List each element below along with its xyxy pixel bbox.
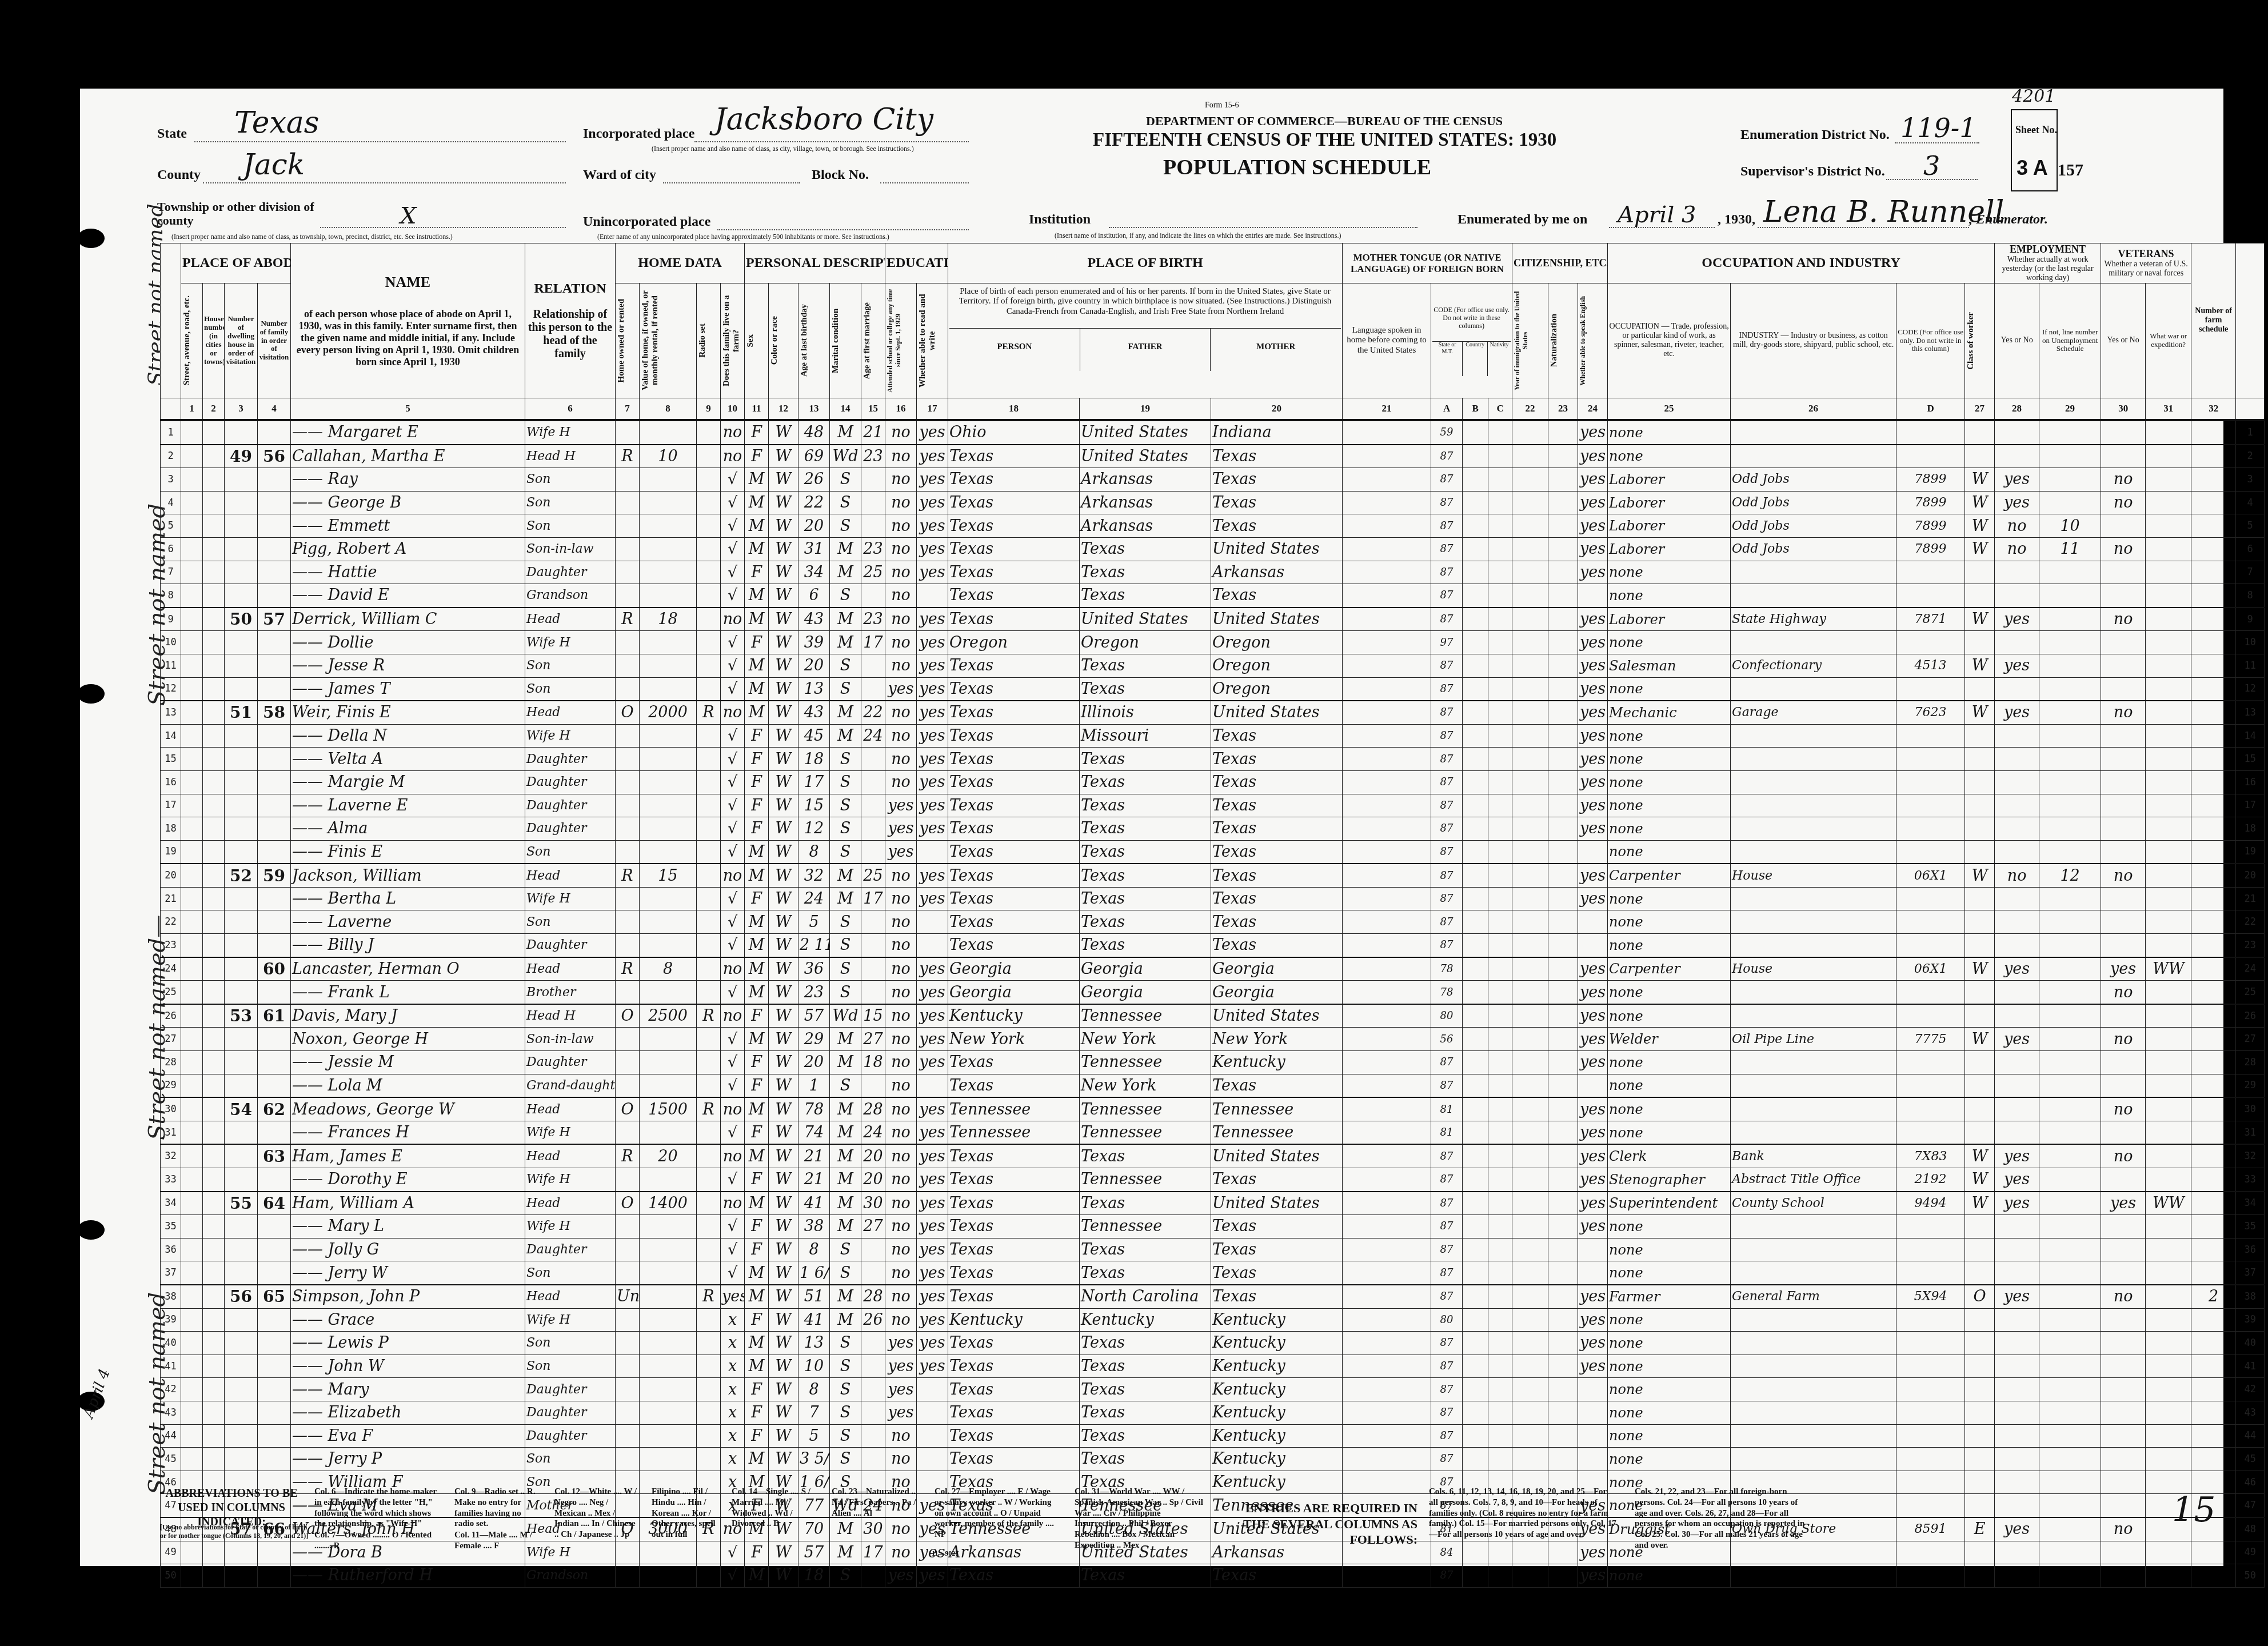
read-write-cell: yes bbox=[917, 1168, 948, 1192]
farm-cell: √ bbox=[721, 584, 745, 608]
class-of-worker-cell: W bbox=[1965, 491, 1995, 514]
naturalization-cell bbox=[1548, 957, 1578, 981]
birthplace-person-cell: Texas bbox=[948, 1448, 1080, 1471]
birthplace-father-cell: Texas bbox=[1080, 1424, 1211, 1448]
line-number-right: 7 bbox=[2236, 561, 2265, 584]
age-cell: 6 bbox=[798, 584, 830, 608]
occupation-cell: none bbox=[1608, 794, 1731, 817]
relation-cell: Head bbox=[525, 1097, 616, 1121]
family-number-cell bbox=[258, 1355, 291, 1378]
column-number: 30 bbox=[2101, 398, 2146, 421]
code-b-cell bbox=[1463, 1378, 1488, 1401]
war-cell bbox=[2146, 608, 2191, 631]
marital-cell: M bbox=[830, 1097, 861, 1121]
age-cell: 20 bbox=[798, 1051, 830, 1074]
language-cell bbox=[1343, 794, 1431, 817]
radio-cell bbox=[697, 748, 721, 771]
street-cell bbox=[181, 864, 203, 887]
code-a-cell: 87 bbox=[1431, 724, 1463, 748]
school-cell: yes bbox=[885, 840, 917, 864]
code-a-cell: 87 bbox=[1431, 1168, 1463, 1192]
line-number-right: 31 bbox=[2236, 1121, 2265, 1144]
table-row: 37—— Jerry WSon√MW1 6/12SnoyesTexasTexas… bbox=[161, 1261, 2265, 1285]
language-cell bbox=[1343, 724, 1431, 748]
age-first-marriage-cell: 24 bbox=[861, 1121, 885, 1144]
code-c-cell bbox=[1488, 1004, 1512, 1028]
home-value-cell bbox=[640, 981, 697, 1004]
home-value-cell: 20 bbox=[640, 1144, 697, 1168]
col-owned-header: Home owned or rented bbox=[616, 283, 640, 398]
home-value-cell: 1400 bbox=[640, 1192, 697, 1215]
immigration-year-cell bbox=[1512, 1097, 1548, 1121]
speak-english-cell: yes bbox=[1578, 817, 1608, 841]
class-of-worker-cell bbox=[1965, 1121, 1995, 1144]
radio-cell bbox=[697, 491, 721, 514]
column-number: 6 bbox=[525, 398, 616, 421]
code-b-cell bbox=[1463, 840, 1488, 864]
relation-cell: Head bbox=[525, 1285, 616, 1308]
col-radio-header: Radio set bbox=[697, 283, 721, 398]
immigration-year-cell bbox=[1512, 724, 1548, 748]
language-cell bbox=[1343, 1168, 1431, 1192]
street-cell bbox=[181, 887, 203, 910]
read-write-cell: yes bbox=[917, 677, 948, 701]
veteran-cell bbox=[2101, 420, 2146, 445]
home-value-cell bbox=[640, 910, 697, 934]
name-cell: —— Grace bbox=[291, 1308, 525, 1332]
read-write-cell: yes bbox=[917, 817, 948, 841]
name-cell: —— Finis E bbox=[291, 840, 525, 864]
code-a-cell: 87 bbox=[1431, 468, 1463, 492]
table-row: 36—— Jolly GDaughter√FW8SnoyesTexasTexas… bbox=[161, 1238, 2265, 1261]
naturalization-cell bbox=[1548, 1332, 1578, 1355]
war-cell bbox=[2146, 934, 2191, 957]
code-b-cell bbox=[1463, 631, 1488, 654]
farm-schedule-cell bbox=[2191, 701, 2236, 724]
code-c-cell bbox=[1488, 1424, 1512, 1448]
line-number-right: 33 bbox=[2236, 1168, 2265, 1192]
table-row: 7—— HattieDaughter√FW34M25noyesTexasTexa… bbox=[161, 561, 2265, 584]
occupation-cell: none bbox=[1608, 1424, 1731, 1448]
class-of-worker-cell bbox=[1965, 1097, 1995, 1121]
house-number-cell bbox=[203, 794, 225, 817]
line-number-right: 25 bbox=[2236, 981, 2265, 1004]
race-cell: W bbox=[769, 1285, 798, 1308]
relation-cell: Brother bbox=[525, 981, 616, 1004]
age-cell: 32 bbox=[798, 864, 830, 887]
birthplace-father-cell: Texas bbox=[1080, 934, 1211, 957]
relation-cell: Wife H bbox=[525, 1121, 616, 1144]
dwelling-number-cell bbox=[225, 420, 258, 445]
age-first-marriage-cell: 20 bbox=[861, 1144, 885, 1168]
name-cell: —— Emmett bbox=[291, 514, 525, 538]
dwelling-number-cell bbox=[225, 1051, 258, 1074]
war-cell bbox=[2146, 491, 2191, 514]
read-write-cell: yes bbox=[917, 1355, 948, 1378]
marital-cell: S bbox=[830, 1355, 861, 1378]
name-cell: —— Margaret E bbox=[291, 420, 525, 445]
farm-cell: √ bbox=[721, 794, 745, 817]
speak-english-cell: yes bbox=[1578, 1028, 1608, 1051]
age-cell: 26 bbox=[798, 468, 830, 492]
institution-line bbox=[1109, 226, 1417, 228]
marital-cell: S bbox=[830, 1238, 861, 1261]
unemployment-line-cell bbox=[2039, 1285, 2101, 1308]
family-number-cell: 64 bbox=[258, 1192, 291, 1215]
industry-cell bbox=[1731, 981, 1896, 1004]
war-cell bbox=[2146, 1238, 2191, 1261]
house-number-cell bbox=[203, 584, 225, 608]
entries-b: Cols. 21, 22, and 23—For all foreign-bor… bbox=[1635, 1487, 1806, 1551]
at-work-cell bbox=[1995, 1448, 2039, 1471]
age-first-marriage-cell bbox=[861, 817, 885, 841]
sex-cell: F bbox=[745, 561, 769, 584]
farm-cell: √ bbox=[721, 1261, 745, 1285]
line-number-right: 18 bbox=[2236, 817, 2265, 841]
column-number: 31 bbox=[2146, 398, 2191, 421]
birthplace-mother-cell: Georgia bbox=[1211, 957, 1343, 981]
column-number: 1 bbox=[181, 398, 203, 421]
naturalization-cell bbox=[1548, 1564, 1578, 1588]
relation-cell: Daughter bbox=[525, 1378, 616, 1401]
radio-cell bbox=[697, 1074, 721, 1097]
name-cell: Meadows, George W bbox=[291, 1097, 525, 1121]
home-owned-cell bbox=[616, 1424, 640, 1448]
radio-cell bbox=[697, 1564, 721, 1588]
dwelling-number-cell bbox=[225, 1378, 258, 1401]
code-c-cell bbox=[1488, 1448, 1512, 1471]
name-cell: —— Rutherford H bbox=[291, 1564, 525, 1588]
age-first-marriage-cell bbox=[861, 468, 885, 492]
code-b-cell bbox=[1463, 981, 1488, 1004]
age-cell: 1 6/12 bbox=[798, 1261, 830, 1285]
relation-cell: Wife H bbox=[525, 1215, 616, 1239]
war-cell bbox=[2146, 468, 2191, 492]
relation-cell: Son bbox=[525, 910, 616, 934]
home-value-cell: 10 bbox=[640, 445, 697, 468]
house-number-cell bbox=[203, 957, 225, 981]
language-cell bbox=[1343, 840, 1431, 864]
family-number-cell bbox=[258, 631, 291, 654]
school-cell: yes bbox=[885, 794, 917, 817]
war-cell bbox=[2146, 584, 2191, 608]
class-of-worker-cell: W bbox=[1965, 1192, 1995, 1215]
unemployment-line-cell: 10 bbox=[2039, 514, 2101, 538]
home-value-cell bbox=[640, 1355, 697, 1378]
family-number-cell bbox=[258, 1261, 291, 1285]
code-d-cell bbox=[1896, 1215, 1965, 1239]
speak-english-cell: yes bbox=[1578, 957, 1608, 981]
birthplace-mother-cell: Indiana bbox=[1211, 420, 1343, 445]
print-code: 11—9027 bbox=[932, 1549, 959, 1558]
speak-english-cell: yes bbox=[1578, 981, 1608, 1004]
war-cell bbox=[2146, 1424, 2191, 1448]
sex-cell: F bbox=[745, 1004, 769, 1028]
home-value-cell bbox=[640, 724, 697, 748]
marital-cell: M bbox=[830, 887, 861, 910]
house-number-cell bbox=[203, 654, 225, 677]
speak-english-cell: yes bbox=[1578, 1051, 1608, 1074]
street-cell bbox=[181, 1215, 203, 1239]
dwelling-number-cell bbox=[225, 1332, 258, 1355]
sex-cell: F bbox=[745, 1121, 769, 1144]
unemployment-line-cell bbox=[2039, 1028, 2101, 1051]
dwelling-number-cell bbox=[225, 584, 258, 608]
radio-cell: R bbox=[697, 1097, 721, 1121]
street-cell bbox=[181, 514, 203, 538]
veteran-cell: no bbox=[2101, 1028, 2146, 1051]
occupation-cell: Carpenter bbox=[1608, 864, 1731, 887]
relation-cell: Daughter bbox=[525, 561, 616, 584]
family-number-cell bbox=[258, 468, 291, 492]
speak-english-cell bbox=[1578, 1424, 1608, 1448]
radio-cell bbox=[697, 724, 721, 748]
birthplace-father-cell: Texas bbox=[1080, 1192, 1211, 1215]
at-work-cell bbox=[1995, 934, 2039, 957]
col-veteran-header: Yes or No bbox=[2101, 283, 2146, 398]
farm-schedule-cell bbox=[2191, 514, 2236, 538]
birthplace-person-cell: Kentucky bbox=[948, 1004, 1080, 1028]
dwelling-number-cell bbox=[225, 514, 258, 538]
marital-cell: M bbox=[830, 631, 861, 654]
code-a-cell: 87 bbox=[1431, 1238, 1463, 1261]
race-cell: W bbox=[769, 1028, 798, 1051]
radio-cell bbox=[697, 1401, 721, 1424]
farm-cell: √ bbox=[721, 1051, 745, 1074]
school-cell: no bbox=[885, 1285, 917, 1308]
col-age-marriage-header: Age at first marriage bbox=[861, 283, 885, 398]
name-cell: —— Billy J bbox=[291, 934, 525, 957]
class-of-worker-cell bbox=[1965, 794, 1995, 817]
table-row: 42—— MaryDaughterxFW8SyesTexasTexasKentu… bbox=[161, 1378, 2265, 1401]
age-first-marriage-cell bbox=[861, 1448, 885, 1471]
family-number-cell bbox=[258, 654, 291, 677]
at-work-cell: yes bbox=[1995, 491, 2039, 514]
age-cell: 17 bbox=[798, 770, 830, 794]
birthplace-father-cell: Tennessee bbox=[1080, 1097, 1211, 1121]
table-row: 3263Ham, James EHeadR20noMW21M20noyesTex… bbox=[161, 1144, 2265, 1168]
birthplace-mother-cell: Kentucky bbox=[1211, 1424, 1343, 1448]
immigration-year-cell bbox=[1512, 864, 1548, 887]
farm-schedule-cell bbox=[2191, 491, 2236, 514]
sex-cell: F bbox=[745, 770, 769, 794]
line-number-right: 17 bbox=[2236, 794, 2265, 817]
code-a-cell: 78 bbox=[1431, 981, 1463, 1004]
dwelling-number-cell bbox=[225, 1401, 258, 1424]
language-cell bbox=[1343, 1238, 1431, 1261]
occupation-cell: none bbox=[1608, 748, 1731, 771]
birthplace-mother-cell: New York bbox=[1211, 1028, 1343, 1051]
read-write-cell: yes bbox=[917, 468, 948, 492]
code-a-cell: 56 bbox=[1431, 1028, 1463, 1051]
race-cell: W bbox=[769, 1074, 798, 1097]
industry-cell bbox=[1731, 420, 1896, 445]
race-cell: W bbox=[769, 1192, 798, 1215]
code-b-cell bbox=[1463, 1144, 1488, 1168]
column-number: A bbox=[1431, 398, 1463, 421]
war-cell: WW bbox=[2146, 957, 2191, 981]
farm-cell: √ bbox=[721, 654, 745, 677]
stamp-number: 4201 bbox=[2012, 86, 2055, 106]
name-cell: —— Frances H bbox=[291, 1121, 525, 1144]
family-number-cell bbox=[258, 1424, 291, 1448]
table-row: 135158Weir, Finis EHeadO2000RnoMW43M22no… bbox=[161, 701, 2265, 724]
birthplace-person-cell: Texas bbox=[948, 934, 1080, 957]
home-owned-cell: Un bbox=[616, 1285, 640, 1308]
home-owned-cell: R bbox=[616, 1144, 640, 1168]
abbrev-col11: Col. 11—Male .... M / Female .... F bbox=[454, 1530, 540, 1552]
occupation-cell: Laborer bbox=[1608, 491, 1731, 514]
line-number: 9 bbox=[161, 608, 181, 631]
read-write-cell: yes bbox=[917, 794, 948, 817]
school-cell: no bbox=[885, 631, 917, 654]
unemployment-line-cell bbox=[2039, 631, 2101, 654]
home-owned-cell bbox=[616, 1261, 640, 1285]
speak-english-cell: yes bbox=[1578, 794, 1608, 817]
farm-cell: yes bbox=[721, 1285, 745, 1308]
sex-cell: F bbox=[745, 1168, 769, 1192]
code-d-cell bbox=[1896, 1448, 1965, 1471]
name-cell: —— Hattie bbox=[291, 561, 525, 584]
dwelling-number-cell bbox=[225, 748, 258, 771]
line-number: 34 bbox=[161, 1192, 181, 1215]
family-number-cell bbox=[258, 537, 291, 561]
age-first-marriage-cell bbox=[861, 584, 885, 608]
house-number-cell bbox=[203, 701, 225, 724]
farm-cell: √ bbox=[721, 817, 745, 841]
column-number-row: 123456789101112131415161718192021ABC2223… bbox=[161, 398, 2265, 421]
table-row: 39—— GraceWife HxFW41M26noyesKentuckyKen… bbox=[161, 1308, 2265, 1332]
occupation-cell: none bbox=[1608, 1051, 1731, 1074]
industry-cell bbox=[1731, 1121, 1896, 1144]
col-sex-header: Sex bbox=[745, 283, 769, 398]
race-cell: W bbox=[769, 794, 798, 817]
birthplace-person-cell: Texas bbox=[948, 1074, 1080, 1097]
code-b-cell bbox=[1463, 1448, 1488, 1471]
abbrev-col7: Col. 7—Owned ........ O / Rented .......… bbox=[314, 1530, 440, 1552]
home-value-cell bbox=[640, 1424, 697, 1448]
table-row: 12—— James TSon√MW13SyesyesTexasTexasOre… bbox=[161, 677, 2265, 701]
marital-cell: M bbox=[830, 1051, 861, 1074]
at-work-cell bbox=[1995, 1004, 2039, 1028]
race-cell: W bbox=[769, 468, 798, 492]
class-of-worker-cell: W bbox=[1965, 468, 1995, 492]
relation-cell: Son bbox=[525, 677, 616, 701]
col-immigration-header: Year of immigration to the United States bbox=[1512, 283, 1548, 398]
radio-cell bbox=[697, 468, 721, 492]
code-a-cell: 59 bbox=[1431, 420, 1463, 445]
occupation-cell: none bbox=[1608, 631, 1731, 654]
line-number-right: 23 bbox=[2236, 934, 2265, 957]
code-d-cell bbox=[1896, 770, 1965, 794]
occupation-cell: none bbox=[1608, 1308, 1731, 1332]
family-number-cell bbox=[258, 1401, 291, 1424]
code-a-cell: 87 bbox=[1431, 1144, 1463, 1168]
farm-cell: no bbox=[721, 701, 745, 724]
col-read-header: Whether able to read and write bbox=[917, 283, 948, 398]
class-of-worker-cell bbox=[1965, 1564, 1995, 1588]
radio-cell bbox=[697, 794, 721, 817]
read-write-cell bbox=[917, 1401, 948, 1424]
language-cell bbox=[1343, 701, 1431, 724]
at-work-cell bbox=[1995, 1332, 2039, 1355]
line-number: 42 bbox=[161, 1378, 181, 1401]
immigration-year-cell bbox=[1512, 770, 1548, 794]
column-number: C bbox=[1488, 398, 1512, 421]
home-owned-cell bbox=[616, 1074, 640, 1097]
home-value-cell bbox=[640, 420, 697, 445]
school-cell: no bbox=[885, 608, 917, 631]
veteran-cell bbox=[2101, 1564, 2146, 1588]
speak-english-cell: yes bbox=[1578, 514, 1608, 538]
radio-cell bbox=[697, 631, 721, 654]
school-cell: no bbox=[885, 1448, 917, 1471]
sex-cell: F bbox=[745, 1424, 769, 1448]
occupation-cell: none bbox=[1608, 724, 1731, 748]
naturalization-cell bbox=[1548, 840, 1578, 864]
age-first-marriage-cell: 28 bbox=[861, 1285, 885, 1308]
birthplace-mother-cell: United States bbox=[1211, 608, 1343, 631]
code-c-cell bbox=[1488, 864, 1512, 887]
speak-english-cell bbox=[1578, 1378, 1608, 1401]
radio-cell bbox=[697, 1121, 721, 1144]
code-a-cell: 87 bbox=[1431, 1378, 1463, 1401]
speak-english-cell: yes bbox=[1578, 608, 1608, 631]
farm-cell: √ bbox=[721, 981, 745, 1004]
birthplace-father-cell: Texas bbox=[1080, 677, 1211, 701]
veteran-cell bbox=[2101, 631, 2146, 654]
school-cell: no bbox=[885, 934, 917, 957]
unemployment-line-cell bbox=[2039, 1378, 2101, 1401]
sex-cell: F bbox=[745, 631, 769, 654]
code-c-cell bbox=[1488, 1215, 1512, 1239]
code-d-cell bbox=[1896, 561, 1965, 584]
industry-cell: County School bbox=[1731, 1192, 1896, 1215]
col-work-header: Yes or No bbox=[1995, 283, 2039, 398]
language-cell bbox=[1343, 1004, 1431, 1028]
age-cell: 22 bbox=[798, 491, 830, 514]
census-sheet: 4201 State Texas County Jack Township or… bbox=[80, 89, 2223, 1566]
age-cell: 2 11/12 bbox=[798, 934, 830, 957]
immigration-year-cell bbox=[1512, 794, 1548, 817]
street-cell bbox=[181, 537, 203, 561]
radio-cell bbox=[697, 1168, 721, 1192]
family-number-cell bbox=[258, 817, 291, 841]
house-number-cell bbox=[203, 1144, 225, 1168]
code-c-cell bbox=[1488, 934, 1512, 957]
sex-cell: F bbox=[745, 1401, 769, 1424]
naturalization-cell bbox=[1548, 1074, 1578, 1097]
column-number: 8 bbox=[640, 398, 697, 421]
war-cell: WW bbox=[2146, 1192, 2191, 1215]
dwelling-number-cell bbox=[225, 1564, 258, 1588]
home-owned-cell bbox=[616, 934, 640, 957]
table-row: 265361Davis, Mary JHead HO2500RnoFW57Wd1… bbox=[161, 1004, 2265, 1028]
line-number: 8 bbox=[161, 584, 181, 608]
table-row: 27Noxon, George HSon-in-law√MW29M27noyes… bbox=[161, 1028, 2265, 1051]
unemployment-line-cell bbox=[2039, 584, 2101, 608]
immigration-year-cell bbox=[1512, 514, 1548, 538]
school-cell: no bbox=[885, 1028, 917, 1051]
veteran-cell bbox=[2101, 1215, 2146, 1239]
war-cell bbox=[2146, 561, 2191, 584]
read-write-cell: yes bbox=[917, 1004, 948, 1028]
birthplace-mother-cell: Tennessee bbox=[1211, 1097, 1343, 1121]
race-cell: W bbox=[769, 1448, 798, 1471]
state-value: Texas bbox=[234, 106, 319, 140]
sex-cell: M bbox=[745, 840, 769, 864]
dwelling-number-cell bbox=[225, 770, 258, 794]
